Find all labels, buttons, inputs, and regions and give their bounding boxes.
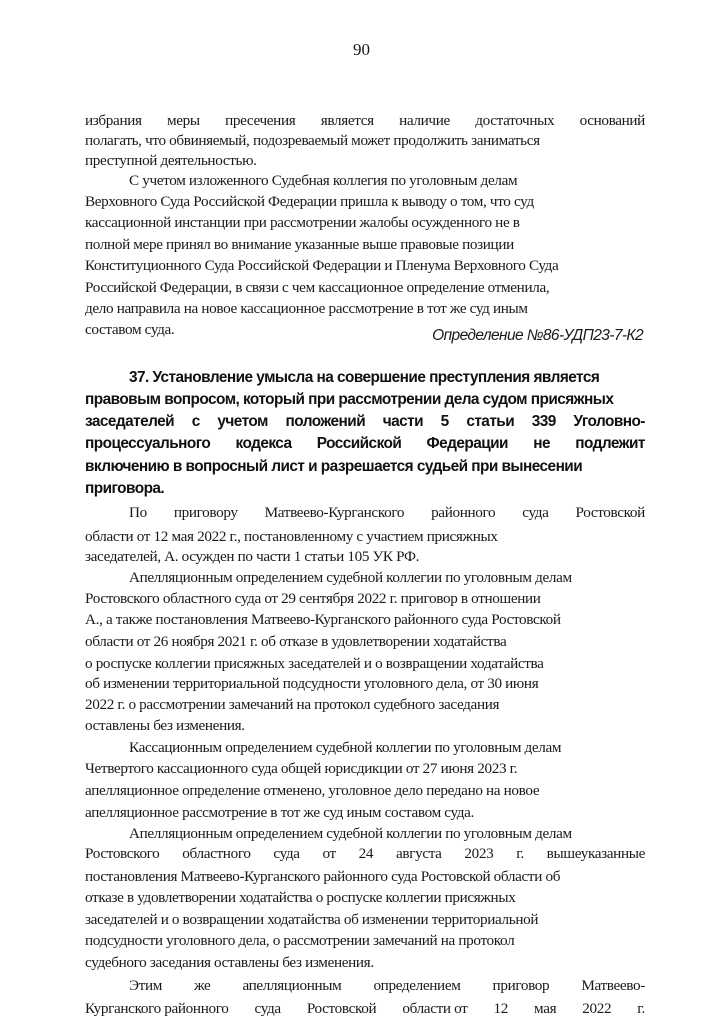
para1-line: избраниямерыпресеченияявляетсяналичиедос… [85,113,645,128]
word: августа [396,846,442,861]
word: областного [182,846,250,861]
para6-line: постановления Матвеево-Курганского район… [85,869,560,884]
para4-line: об изменении территориальной подсудности… [85,676,538,691]
word: 12 [493,1001,508,1016]
para4-line: области от 26 ноября 2021 г. об отказе в… [85,634,506,649]
para4-line: 2022 г. о рассмотрении замечаний на прот… [85,697,499,712]
heading-line: приговора. [85,481,164,496]
word: 2022 [582,1001,611,1016]
word: наличие [399,113,450,128]
word: части [383,414,423,429]
word: с [192,414,200,429]
word: 24 [359,846,374,861]
word: Ростовской [307,1001,376,1016]
para2-line: полной мере принял во внимание указанные… [85,237,514,252]
para4-line: А., а также постановления Матвеево-Курга… [85,612,561,627]
word: положений [285,414,365,429]
word: пресечения [225,113,295,128]
para6-line: отказе в удовлетворении ходатайства о ро… [85,890,515,905]
para5-line: апелляционное рассмотрение в тот же суд … [85,805,474,820]
word: мая [534,1001,556,1016]
para2-line: дело направила на новое кассационное рас… [85,301,528,316]
para6-line: Ростовскогообластногосудаот24августа2023… [85,846,645,861]
word: статьи [466,414,514,429]
word: г. [637,1001,645,1016]
word: кодекса [236,436,292,451]
para4-line: о роспуске коллегии присяжных заседателе… [85,656,544,671]
word: определением [373,978,460,993]
word: меры [167,113,200,128]
para6-line: заседателей и о возвращении ходатайства … [85,912,538,927]
word: Уголовно- [573,414,645,429]
para4-line: оставлены без изменения. [85,718,245,733]
para6-line: судебного заседания оставлены без измене… [85,955,374,970]
word: Ростовской [575,505,644,520]
para3-line: заседателей, А. осужден по части 1 стать… [85,549,419,564]
para2-line: Российской Федерации, в связи с чем касс… [85,280,549,295]
page-number: 90 [0,40,723,60]
para3-line: ПоприговоруМатвеево-Курганскогорайонного… [129,505,645,520]
heading-line: 37. Установление умысла на совершение пр… [129,370,599,385]
para2-line: С учетом изложенного Судебная коллегия п… [129,173,517,188]
word: заседателей [85,414,174,429]
word: суда [255,1001,281,1016]
word: г. [516,846,524,861]
para5-line: Четвертого кассационного суда общей юрис… [85,761,517,776]
para7-line: Курганского районногосудаРостовскойоблас… [85,1001,645,1016]
para2-line: Верховного Суда Российской Федерации при… [85,194,534,209]
para5-line: Кассационным определением судебной колле… [129,740,561,755]
word: приговор [493,978,550,993]
para4-line: Апелляционным определением судебной колл… [129,570,572,585]
para6-line: Апелляционным определением судебной колл… [129,826,572,841]
word: суда [273,846,299,861]
word: Этим [129,978,162,993]
word: 2023 [464,846,493,861]
word: Матвеево-Курганского [265,505,404,520]
decision-reference: Определение №86-УДП23-7-К2 [432,327,643,345]
word: же [194,978,210,993]
heading-line: включению в вопросный лист и разрешается… [85,459,582,474]
para1-line: полагать, что обвиняемый, подозреваемый … [85,133,540,148]
word: не [533,436,550,451]
heading-line: заседателейсучетомположенийчасти5статьи3… [85,414,645,429]
para3-line: области от 12 мая 2022 г., постановленно… [85,529,498,544]
word: подлежит [575,436,645,451]
heading-line: процессуальногокодексаРоссийскойФедераци… [85,436,645,451]
para2-line: Конституционного Суда Российской Федерац… [85,258,558,273]
para7-line: ЭтимжеапелляционнымопределениемприговорМ… [129,978,645,993]
para6-line: подсудности уголовного дела, о рассмотре… [85,933,514,948]
word: является [321,113,374,128]
para2-line: составом суда. [85,322,174,337]
word: приговору [174,505,238,520]
word: Российской [317,436,402,451]
word: Матвеево- [581,978,645,993]
para2-line: кассационной инстанции при рассмотрении … [85,215,520,230]
word: 339 [532,414,556,429]
word: вышеуказанные [547,846,645,861]
word: достаточных [475,113,554,128]
word: Федерации [427,436,508,451]
word: области от [402,1001,467,1016]
heading-line: правовым вопросом, который при рассмотре… [85,392,613,407]
para4-line: Ростовского областного суда от 29 сентяб… [85,591,541,606]
word: По [129,505,147,520]
word: районного [431,505,495,520]
word: суда [522,505,548,520]
word: апелляционным [242,978,341,993]
word: 5 [441,414,449,429]
word: избрания [85,113,142,128]
word: Ростовского [85,846,159,861]
word: оснований [580,113,645,128]
word: учетом [217,414,267,429]
word: процессуального [85,436,210,451]
word: Курганского районного [85,1001,228,1016]
para1-line: преступной деятельностью. [85,153,257,168]
para5-line: апелляционное определение отменено, угол… [85,783,539,798]
word: от [322,846,335,861]
